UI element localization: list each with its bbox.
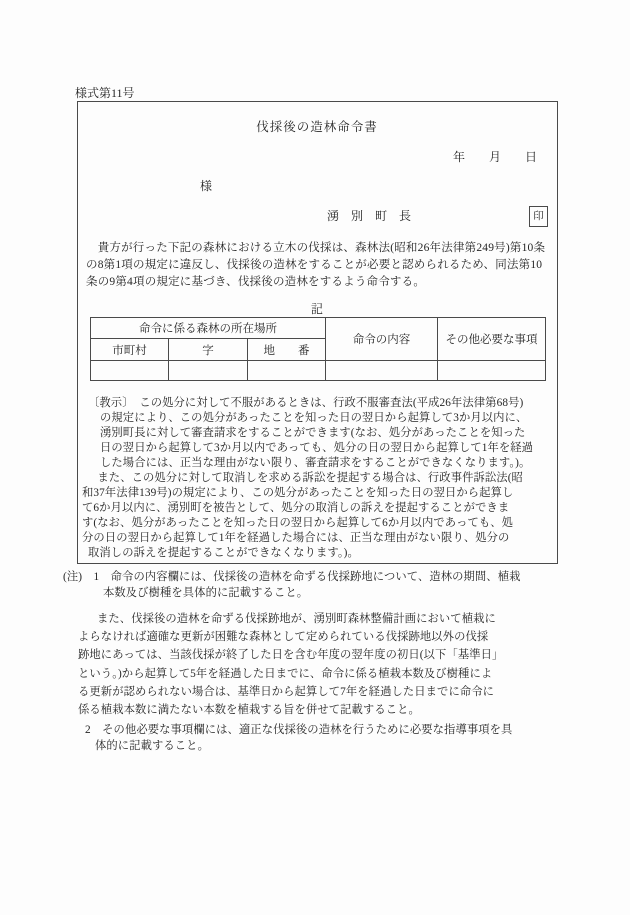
note-line: 係る植栽本数に満たない本数を植栽する旨を併せて記載すること。 — [78, 701, 420, 717]
date-line: 年 月 日 — [453, 148, 537, 165]
body-line: 条の9第4項の規定に基づき、伐採後の造林をするよう命令する。 — [86, 274, 556, 291]
location-table: 命令に係る森林の所在場所 命令の内容 その他必要な事項 市町村 字 地 番 — [90, 317, 546, 381]
issuer-mayor-title: 湧 別 町 長 — [327, 207, 411, 224]
table-cell-city — [91, 361, 169, 381]
kyoji-line: 取消しの訴えを提起することができなくなります。)。 — [88, 546, 557, 561]
kyoji-line: て6か月以内に、湧別町を被告として、処分の取消しの訴えを提起することができま — [82, 501, 557, 516]
kyoji-line: 湧別町長に対して審査請求をすることができます(なお、処分があったことを知った — [100, 426, 557, 441]
note-line: という。)から起算して5年を経過した日までに、命令に係る植栽本数及び樹種によ — [78, 665, 492, 681]
order-body-paragraph: 貴方が行った下記の森林における立木の伐採は、森林法(昭和26年法律第249号)第… — [86, 240, 556, 291]
kyoji-line: 和37年法律139号)の規定により、この処分があったことを知った日の翌日から起算… — [82, 486, 557, 501]
kyoji-appeal-notice: 〔教示〕 この処分に対して不服があるときは、行政不服審査法(平成26年法律第68… — [82, 396, 557, 561]
kyoji-line: 日の翌日から起算して3か月以内であっても、処分の日の翌日から起算して1年を経過 — [100, 441, 557, 456]
note-line: (注) 1 命令の内容欄には、伐採後の造林を命ずる伐採跡地について、造林の期間、… — [63, 568, 521, 584]
seal-stamp-box: 印 — [529, 206, 548, 227]
table-header-city: 市町村 — [91, 339, 169, 361]
kyoji-line: す(なお、処分があったことを知った日の翌日から起算して6か月以内であっても、処 — [82, 516, 557, 531]
table-cell-order-content — [326, 361, 438, 381]
kyoji-line: 分の日の翌日から起算して1年を経過した場合には、正当な理由がない限り、処分の — [82, 531, 557, 546]
note-line: 跡地にあっては、当該伐採が終了した日を含む年度の翌年度の初日(以下「基準日」 — [78, 646, 503, 662]
table-header-aza: 字 — [169, 339, 248, 361]
addressee-sama: 様 — [200, 177, 212, 194]
table-header-other-items: その他必要な事項 — [438, 318, 546, 361]
body-line: の8第1項の規定に違反し、伐採後の造林をすることが必要と認められるため、同法第1… — [86, 257, 556, 274]
table-cell-aza — [169, 361, 248, 381]
table-header-lot-number: 地 番 — [248, 339, 326, 361]
table-cell-other-items — [438, 361, 546, 381]
kyoji-line: の規定により、この処分があったことを知った日の翌日から起算して3か月以内に、 — [100, 411, 557, 426]
kyoji-line: した場合には、正当な理由がない限り、審査請求をすることができなくなります。)。 — [100, 456, 557, 471]
ki-label: 記 — [77, 300, 557, 317]
note-line: 体的に記載すること。 — [95, 737, 209, 753]
kyoji-line: また、この処分に対して取消しを求める訴訟を提起する場合は、行政事件訴訟法(昭 — [86, 471, 557, 486]
note-line: 2 その他必要な事項欄には、適正な伐採後の造林を行うために必要な指導事項を具 — [85, 721, 512, 737]
table-header-location: 命令に係る森林の所在場所 — [91, 318, 326, 339]
note-line: よらなければ適確な更新が困難な森林として定められている伐採跡地以外の伐採 — [78, 628, 488, 644]
table-cell-lot-number — [248, 361, 326, 381]
note-line: る更新が認められない場合は、基準日から起算して7年を経過した日までに命令に — [78, 683, 494, 699]
note-line: 本数及び樹種を具体的に記載すること。 — [103, 584, 308, 600]
kyoji-line: 〔教示〕 この処分に対して不服があるときは、行政不服審査法(平成26年法律第68… — [88, 396, 557, 411]
form-number: 様式第11号 — [75, 84, 135, 101]
note-line: また、伐採後の造林を命ずる伐採跡地が、湧別町森林整備計画において植栽に — [97, 610, 496, 626]
table-header-order-content: 命令の内容 — [326, 318, 438, 361]
document-title: 伐採後の造林命令書 — [77, 117, 557, 135]
body-line: 貴方が行った下記の森林における立木の伐採は、森林法(昭和26年法律第249号)第… — [86, 240, 556, 257]
document-page: 様式第11号 伐採後の造林命令書 年 月 日 様 湧 別 町 長 印 貴方が行っ… — [0, 0, 630, 915]
